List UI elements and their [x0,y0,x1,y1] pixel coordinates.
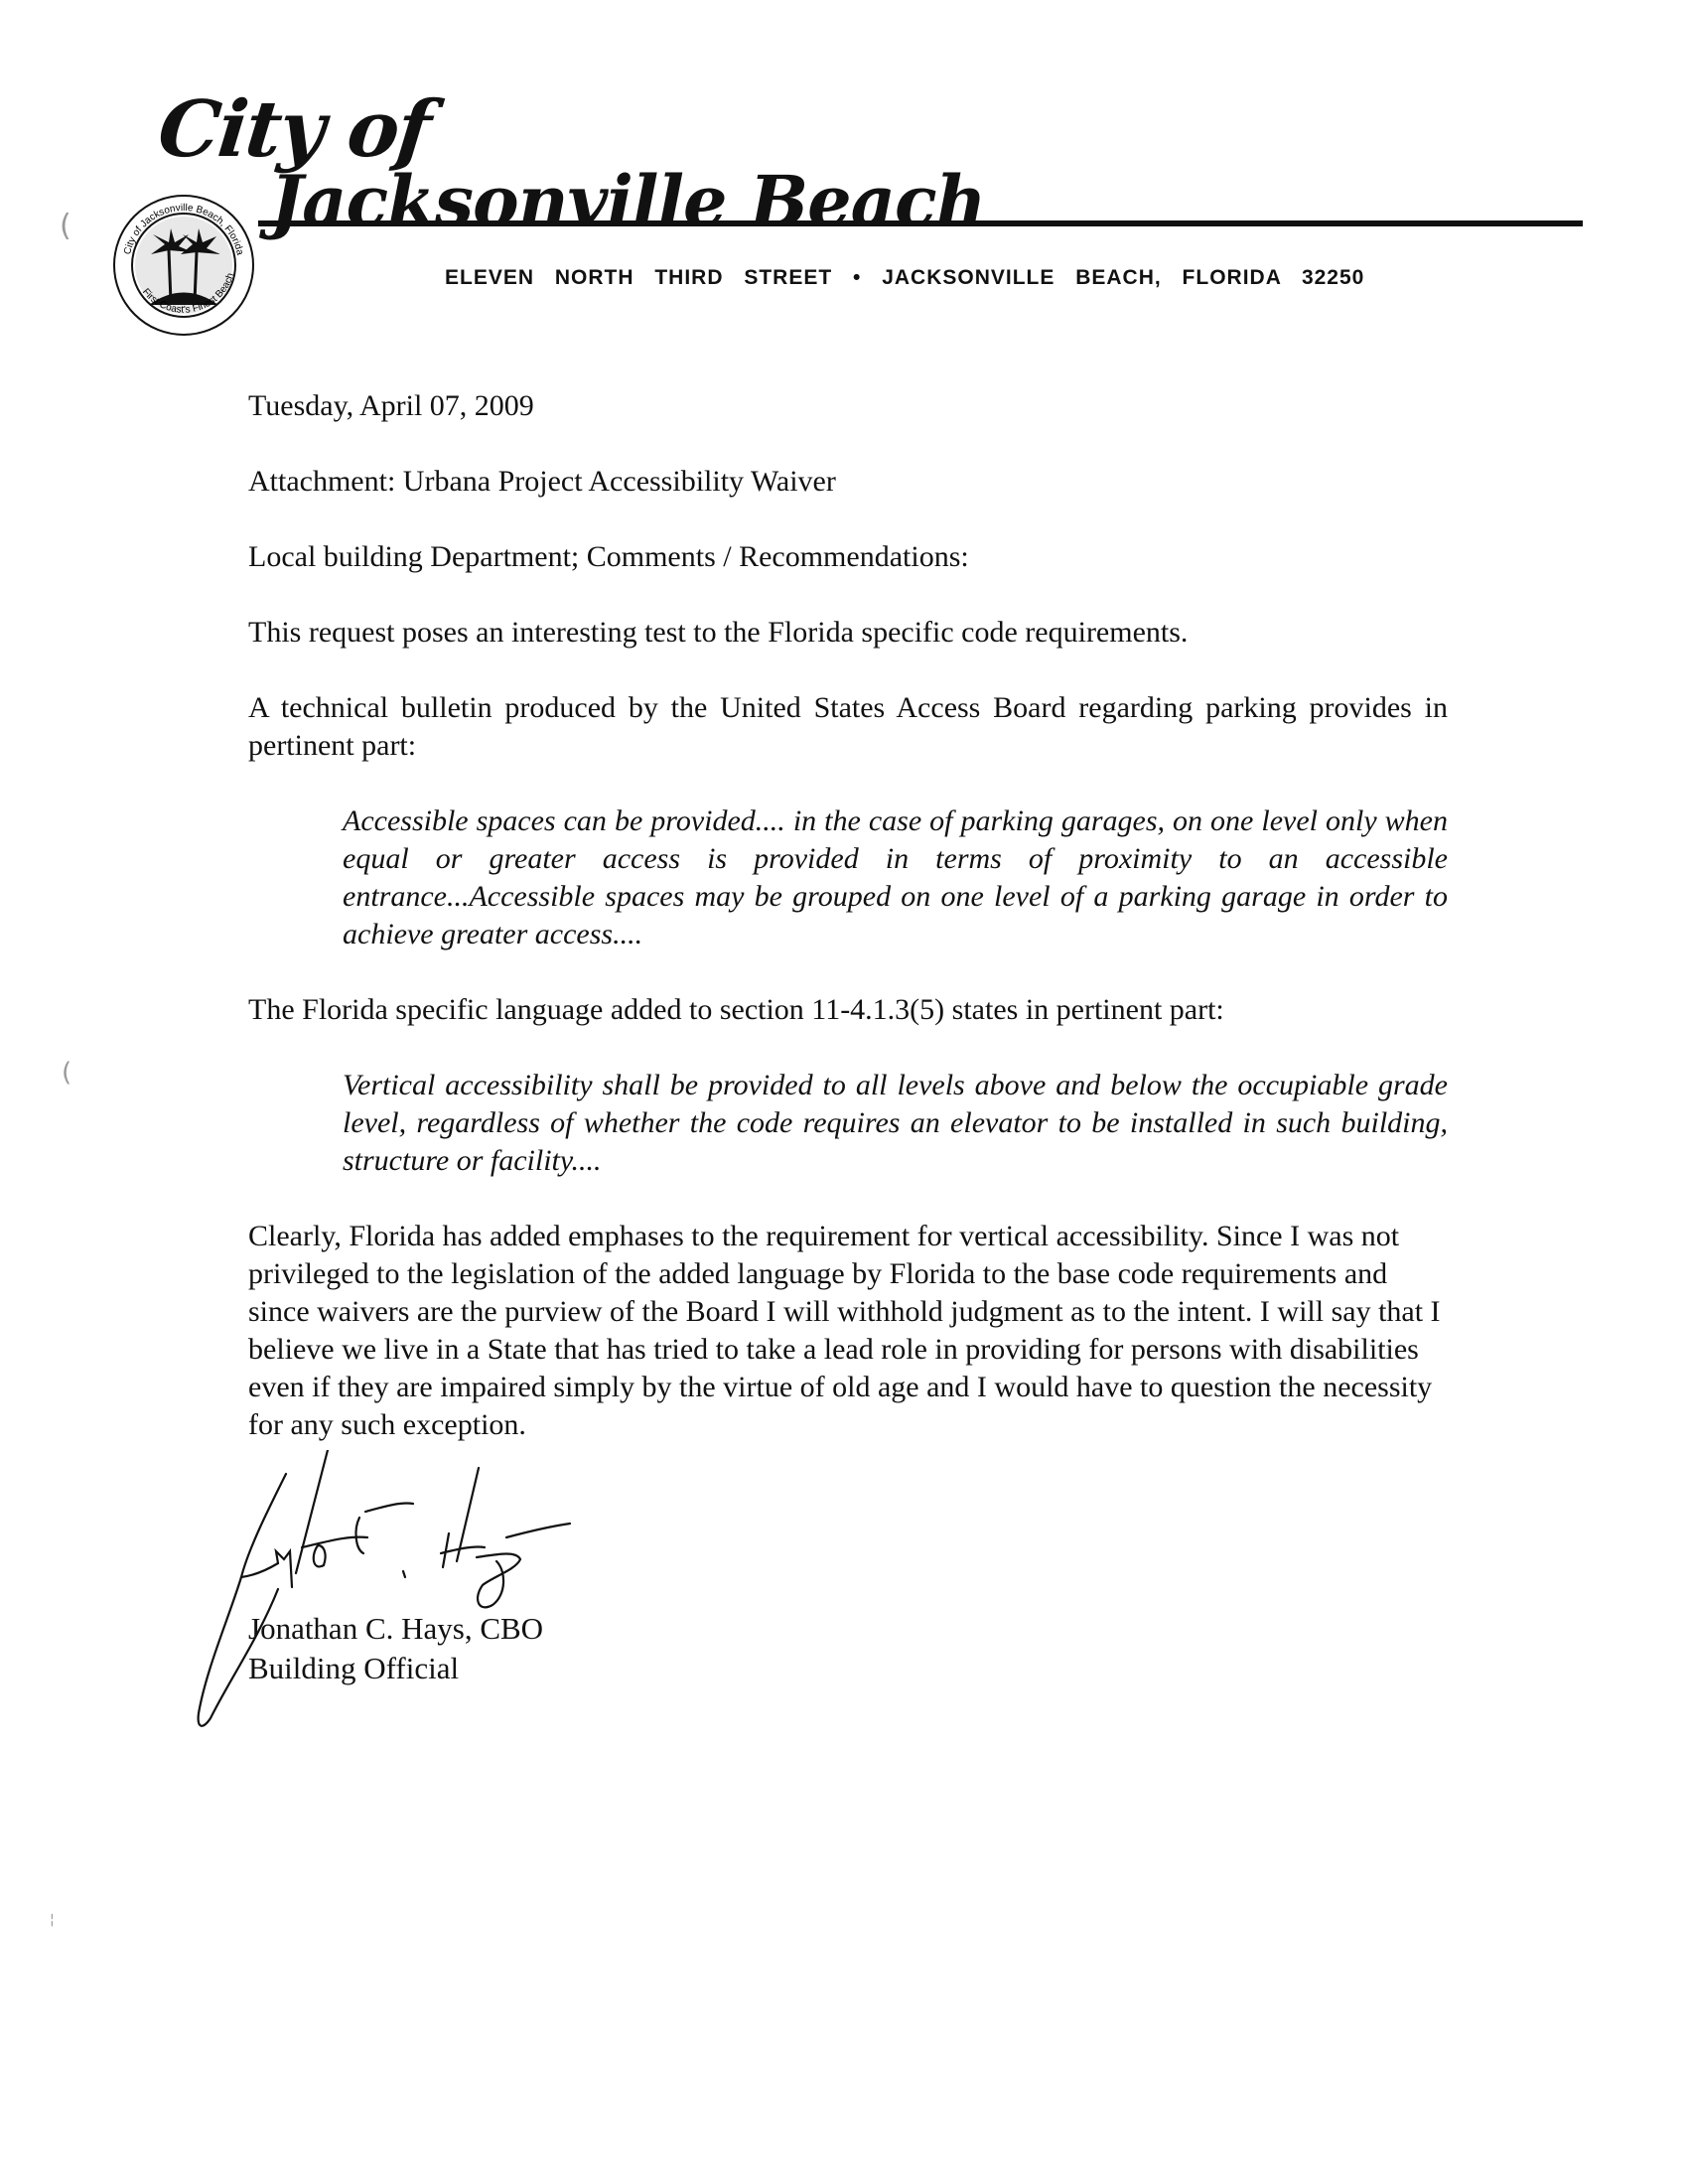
scan-mark: ¦ [50,1912,55,1928]
scan-mark: ( [60,209,71,243]
letter-bulletin-intro: A technical bulletin produced by the Uni… [248,689,1448,765]
scan-mark: ( [62,1058,71,1088]
letter-florida-intro: The Florida specific language added to s… [248,991,1448,1029]
city-seal-icon: City of Jacksonville Beach, Florida Firs… [109,191,258,340]
letter-date: Tuesday, April 07, 2009 [248,387,1448,425]
letter-department: Local building Department; Comments / Re… [248,538,1448,576]
letter-intro: This request poses an interesting test t… [248,614,1448,652]
letter-attachment: Attachment: Urbana Project Accessibility… [248,463,1448,501]
quote-florida-code: Vertical accessibility shall be provided… [343,1067,1448,1180]
letter-conclusion: Clearly, Florida has added emphases to t… [248,1218,1448,1444]
letterhead: City of Jacksonville Beach, Florida Firs… [0,0,1688,328]
letterhead-address: ELEVEN NORTH THIRD STREET • JACKSONVILLE… [445,266,1364,290]
signatory-title: Building Official [248,1649,543,1688]
signature-block: Jonathan C. Hays, CBO Building Official [248,1609,543,1688]
quote-access-board: Accessible spaces can be provided.... in… [343,802,1448,953]
handwritten-signature [179,1450,596,1748]
letterhead-title-city: City of [155,91,433,169]
signatory-name: Jonathan C. Hays, CBO [248,1609,543,1649]
letterhead-rule [258,220,1583,226]
